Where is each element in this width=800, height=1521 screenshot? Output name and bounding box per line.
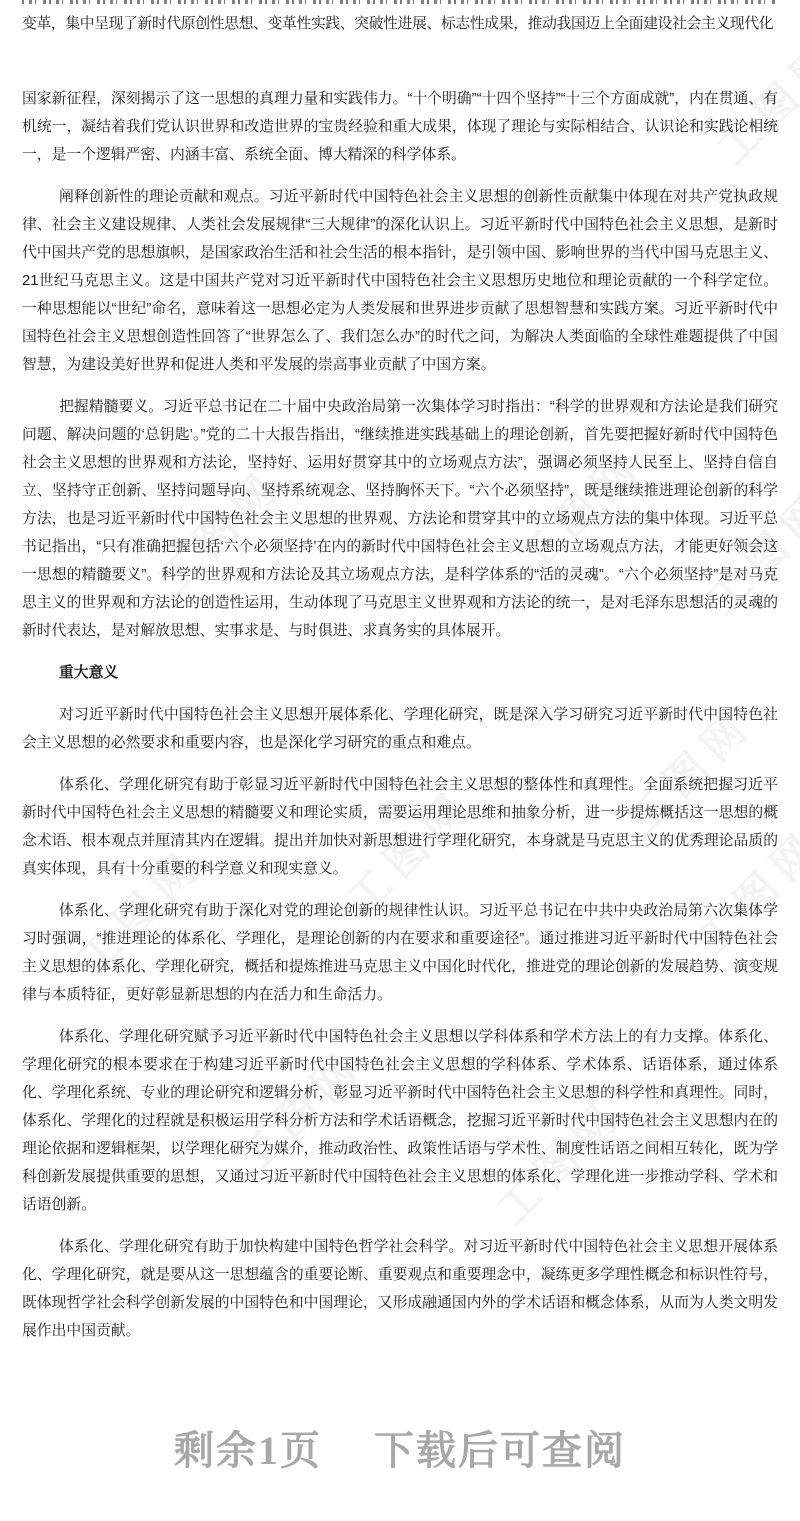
paragraph: 体系化、学理化研究有助于彰显习近平新时代中国特色社会主义思想的整体性和真理性。全…: [22, 771, 778, 883]
paragraph: 对习近平新时代中国特色社会主义思想开展体系化、学理化研究，既是深入学习研究习近平…: [22, 701, 778, 757]
paragraph: 把握精髓要义。习近平总书记在二十届中央政治局第一次集体学习时指出：“科学的世界观…: [22, 393, 778, 645]
document-preview-page: { "watermark": { "text": "工图网" }, "docum…: [0, 0, 800, 1521]
paragraph-container: 变革，集中呈现了新时代原创性思想、变革性实践、突破性进展、标志性成果，推动我国迈…: [22, 10, 778, 1345]
download-notice-label: 下载后可查阅: [374, 1429, 626, 1473]
paragraph: 阐释创新性的理论贡献和观点。习近平新时代中国特色社会主义思想的创新性贡献集中体现…: [22, 183, 778, 379]
document-body: 变革，集中呈现了新时代原创性思想、变革性实践、突破性进展、标志性成果，推动我国迈…: [0, 0, 800, 1345]
paragraph: 国家新征程，深刻揭示了这一思想的真理力量和实践伟力。“十个明确”“十四个坚持”“…: [22, 85, 778, 169]
section-heading: 重大意义: [22, 659, 778, 687]
paragraph: 变革，集中呈现了新时代原创性思想、变革性实践、突破性进展、标志性成果，推动我国迈…: [22, 10, 778, 38]
paragraph: 体系化、学理化研究有助于深化对党的理论创新的规律性认识。习近平总书记在中共中央政…: [22, 897, 778, 1009]
paragraph: 体系化、学理化研究有助于加快构建中国特色哲学社会科学。对习近平新时代中国特色社会…: [22, 1233, 778, 1345]
remaining-pages-label: 剩余1页: [174, 1429, 322, 1473]
clipped-text-line: [22, 0, 778, 4]
paragraph: 体系化、学理化研究赋予习近平新时代中国特色社会主义思想以学科体系和学术方法上的有…: [22, 1023, 778, 1219]
preview-footer: 剩余1页 下载后可查阅: [0, 1429, 800, 1473]
